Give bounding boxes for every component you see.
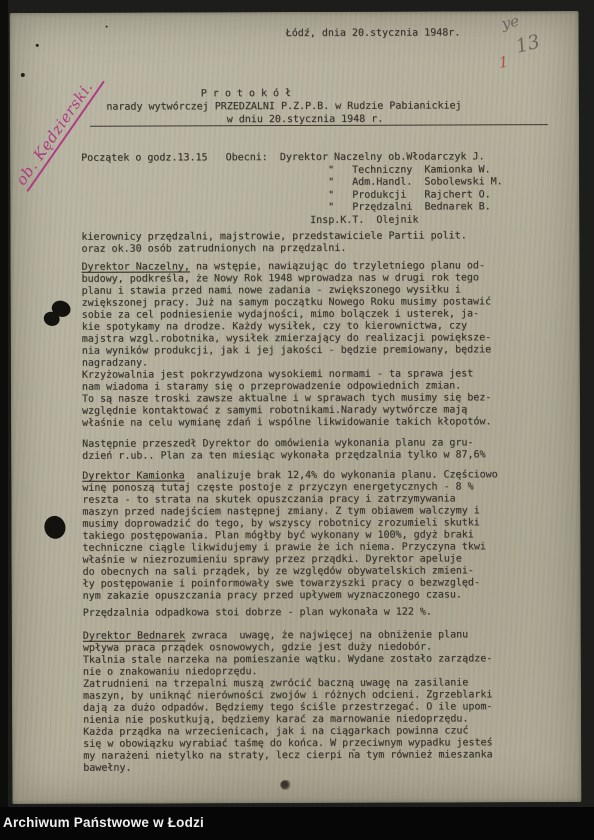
para-plan-grudzien: Następnie przeszedł Dyrektor do omówieni… (82, 437, 485, 462)
paper-speck (21, 73, 25, 77)
para-naczelny-text: na wstępie, nawiązując do trzyletniego p… (82, 260, 492, 428)
red-page-number: 1 (498, 53, 510, 72)
dateline: Łódź, dnia 20.stycznia 1948r. (286, 27, 461, 40)
speaker-bednarek: Dyrektor Bednarek (83, 630, 185, 641)
punch-hole-bottom (42, 514, 68, 541)
speaker-kamionka: Dyrektor Kamionka (82, 470, 184, 481)
doc-title: P r o t o k ó ł (43, 87, 449, 100)
para-attendees-summary: kierownicy przędzalni, majstrowie, przed… (81, 230, 466, 255)
document-page: Łódź, dnia 20.stycznia 1948r. ye 13 1 ob… (10, 11, 582, 804)
para-dyrektor-kamionka: Dyrektor Kamionka analizuje brak 12,4% d… (82, 469, 498, 602)
scanner-edge-strip (0, 0, 8, 840)
title-underline (90, 124, 548, 127)
pencil-initials-mark: ye (500, 12, 521, 33)
para-dyrektor-naczelny: Dyrektor Naczelny, na wstępie, nawiązują… (81, 260, 491, 429)
archive-footer-bar: Archiwum Państwowe w Łodzi (0, 807, 594, 840)
speaker-naczelny: Dyrektor Naczelny, (81, 261, 189, 272)
doc-subtitle: narady wytwórczej PRZEDZALNI P.Z.P.B. w … (81, 100, 487, 113)
para-dyrektor-bednarek: Dyrektor Bednarek zwraca uwagę, że najwi… (83, 629, 493, 774)
para-kamionka-text: analizuje brak 12,4% do wykonania planu.… (82, 469, 497, 601)
pencil-page-number: 13 (513, 31, 542, 58)
attendance-block: Początek o godz.13.15 Obecni: Dyrektor N… (81, 151, 503, 228)
paper-speck (352, 749, 355, 751)
paper-speck (106, 26, 108, 28)
para-przedzalnia-odpadkowa: Przędzalnia odpadkowa stoi dobrze - plan… (83, 607, 432, 620)
para-bednarek-text: zwraca uwagę, że najwięcej na obniżenie … (83, 629, 493, 773)
archive-footer-label: Archiwum Państwowe w Łodzi (3, 815, 204, 830)
ink-smudge (280, 780, 291, 790)
paper-speck (36, 44, 39, 47)
